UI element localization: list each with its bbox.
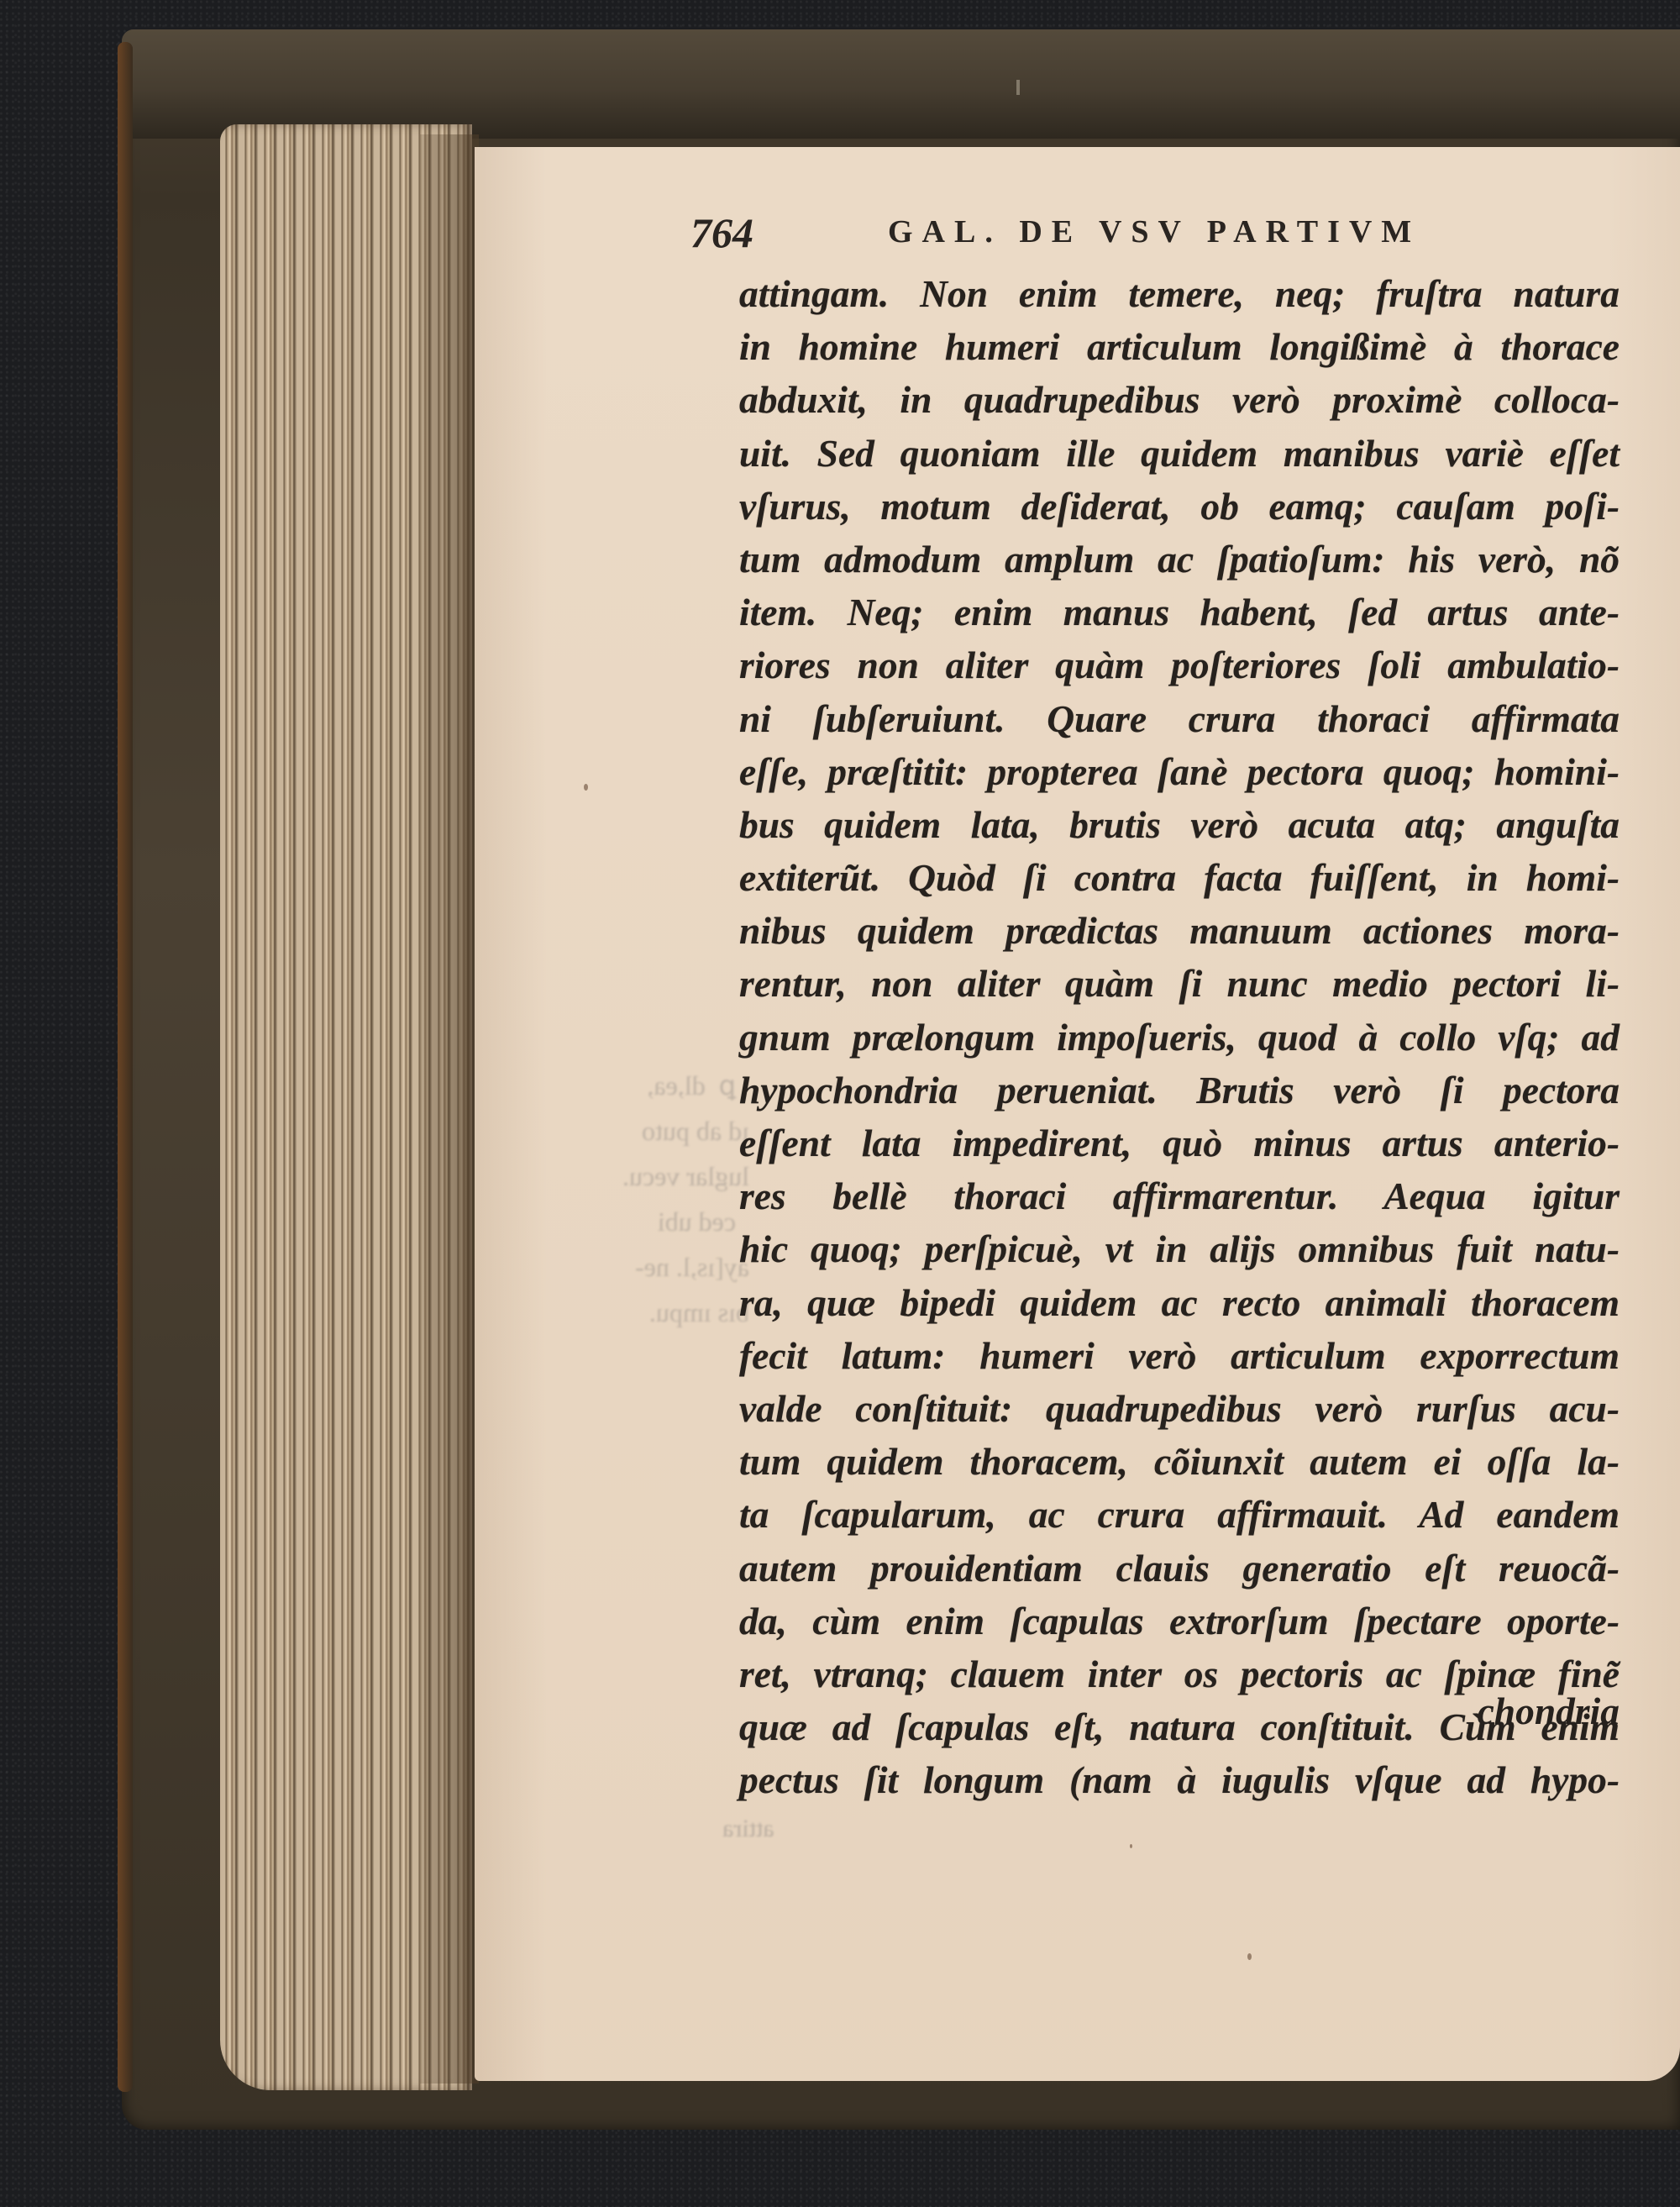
text-line: item. Neq; enim manus habent, ſed artus … xyxy=(739,586,1620,638)
paper-speck xyxy=(584,784,588,791)
text-line: valde conſtituit: quadrupedibus verò rur… xyxy=(739,1382,1620,1435)
page-gutter-shadow xyxy=(420,134,479,2084)
text-line: gnum prælongum impoſueris, quod à collo … xyxy=(739,1011,1620,1064)
text-line: vſurus, motum deſiderat, ob eamq; cauſam… xyxy=(739,480,1620,533)
text-line: autem prouidentiam clauis generatio eſt … xyxy=(739,1542,1620,1595)
running-head: 764 GAL. DE VSV PARTIVM xyxy=(690,208,1530,259)
show-through-text-bottom: attira xyxy=(722,1815,774,1843)
book-cover-top-edge xyxy=(122,29,1680,139)
binding-stitch xyxy=(1016,80,1020,95)
text-line: ni ſubſeruiunt. Quare crura thoraci affi… xyxy=(739,692,1620,745)
text-line: tum quidem thoracem, cõiunxit autem ei o… xyxy=(739,1435,1620,1488)
text-line: in homine humeri articulum longißimè à t… xyxy=(739,320,1620,373)
text-line: ra, quæ bipedi quidem ac recto animali t… xyxy=(739,1276,1620,1329)
text-line: attingam. Non enim temere, neq; fruſtra … xyxy=(739,267,1620,320)
text-line: uit. Sed quoniam ille quidem manibus var… xyxy=(739,427,1620,480)
book-spine-edge xyxy=(118,42,133,2092)
running-title: GAL. DE VSV PARTIVM xyxy=(888,213,1420,250)
text-line: abduxit, in quadrupedibus verò proximè c… xyxy=(739,373,1620,426)
text-line: bus quidem lata, brutis verò acuta atq; … xyxy=(739,798,1620,851)
text-line: pectus ſit longum (nam à iugulis vſque a… xyxy=(739,1753,1620,1806)
text-line: extiterũt. Quòd ſi contra facta fuiſſent… xyxy=(739,851,1620,904)
text-line: nibus quidem prædictas manuum actiones m… xyxy=(739,904,1620,957)
show-through-text: ꝑ dl,ea, ıd ab puto luglar vecu. ced ubi… xyxy=(538,1063,756,1335)
text-line: riores non aliter quàm poſteriores ſoli … xyxy=(739,638,1620,691)
text-line: rentur, non aliter quàm ſi nunc medio pe… xyxy=(739,957,1620,1010)
text-line: tum admodum amplum ac ſpatioſum: his ver… xyxy=(739,533,1620,586)
text-line: hic quoq; perſpicuè, vt in alijs omnibus… xyxy=(739,1222,1620,1275)
text-line: hypochondria perueniat. Brutis verò ſi p… xyxy=(739,1064,1620,1117)
body-text: attingam. Non enim temere, neq; fruſtra … xyxy=(739,267,1620,1806)
text-line: ta ſcapularum, ac crura affirmauit. Ad e… xyxy=(739,1488,1620,1541)
text-line: eſſent lata impedirent, quò minus artus … xyxy=(739,1117,1620,1169)
paper-speck xyxy=(1247,1953,1252,1960)
text-line: fecit latum: humeri verò articulum expor… xyxy=(739,1329,1620,1382)
text-line: res bellè thoraci affirmarentur. Aequa i… xyxy=(739,1169,1620,1222)
catchword: chondria xyxy=(1478,1689,1620,1733)
text-line: eſſe, præſtitit: propterea ſanè pectora … xyxy=(739,745,1620,798)
text-line: da, cùm enim ſcapulas extrorſum ſpectare… xyxy=(739,1595,1620,1647)
paper-speck xyxy=(1130,1844,1132,1848)
page-number: 764 xyxy=(690,208,753,257)
